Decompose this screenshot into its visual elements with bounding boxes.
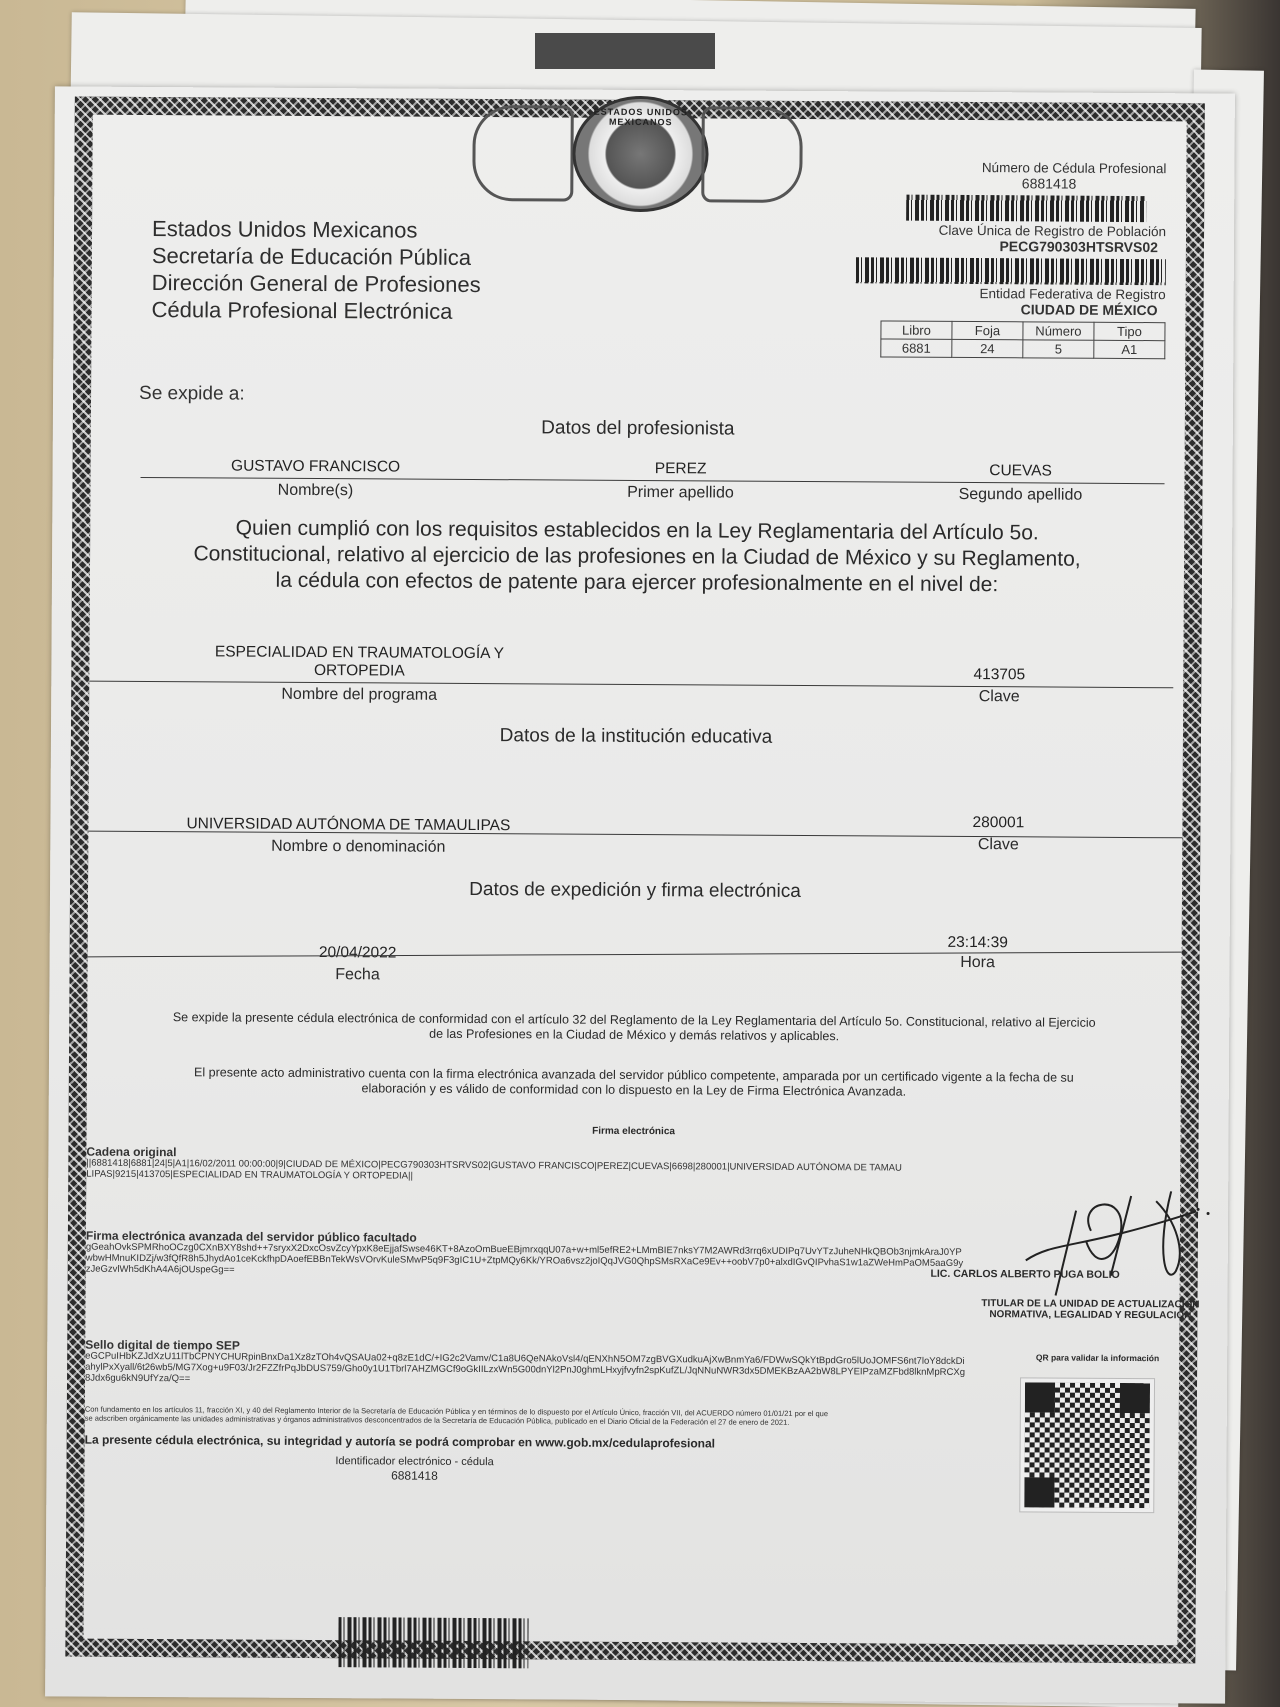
qr-label: QR para validar la información: [1036, 1352, 1159, 1363]
hora-label: Hora: [918, 954, 1038, 973]
programa-nombre-label: Nombre del programa: [239, 686, 479, 705]
redaction-block: [535, 33, 715, 69]
id-value: 6881418: [284, 1468, 544, 1485]
hora-value: 23:14:39: [908, 934, 1048, 953]
header-line: Estados Unidos Mexicanos: [152, 215, 481, 244]
cedula-number: 6881418: [836, 174, 1076, 191]
ornament-scroll-right: [701, 106, 803, 203]
entidad-value: CIUDAD DE MÉXICO: [836, 300, 1158, 318]
firma-avanzada: Firma electrónica avanzada del servidor …: [86, 1231, 966, 1280]
institucion-nombre-label: Nombre o denominación: [218, 837, 498, 857]
national-emblem-band: ESTADOS UNIDOS MEXICANOS: [472, 95, 803, 207]
registry-table-header: Libro Foja Número Tipo: [881, 321, 1165, 341]
segundo-apellido-label: Segundo apellido: [920, 486, 1120, 505]
segundo-apellido-value: CUEVAS: [941, 462, 1101, 481]
programa-clave-value: 413705: [939, 666, 1059, 685]
signer-title: TITULAR DE LA UNIDAD DE ACTUALIZACIÓN NO…: [981, 1298, 1199, 1321]
verify-link[interactable]: La presente cédula electrónica, su integ…: [85, 1433, 785, 1452]
registry-table-row: 6881 24 5 A1: [881, 339, 1165, 359]
legal-paragraph-2: El presente acto administrativo cuenta c…: [87, 1065, 1181, 1102]
nombre-value: GUSTAVO FRANCISCO: [201, 457, 431, 476]
primer-apellido-label: Primer apellido: [580, 484, 780, 503]
firma-electronica-title: Firma electrónica: [87, 1121, 1181, 1143]
programa-nombre-line2: ORTOPEDIA: [179, 661, 539, 681]
cedula-barcode: [906, 195, 1146, 222]
cadena-original: Cadena original ||6881418|6881|24|5|A1|1…: [86, 1147, 906, 1185]
programa-clave-label: Clave: [939, 688, 1059, 707]
statement-line: la cédula con efectos de patente para ej…: [90, 567, 1184, 599]
national-emblem-icon: ESTADOS UNIDOS MEXICANOS: [572, 96, 709, 213]
section-title-institucion: Datos de la institución educativa: [89, 723, 1183, 752]
signer-name: LIC. CARLOS ALBERTO PUGA BOLIO: [930, 1268, 1119, 1281]
fecha-label: Fecha: [297, 966, 417, 985]
fecha-value: 20/04/2022: [278, 944, 438, 963]
nombre-label: Nombre(s): [200, 481, 430, 500]
issuer-header: Estados Unidos Mexicanos Secretaría de E…: [151, 215, 481, 325]
header-line: Secretaría de Educación Pública: [152, 242, 481, 271]
institucion-clave-label: Clave: [938, 836, 1058, 855]
header-line: Dirección General de Profesiones: [152, 269, 481, 298]
section-title-profesionista: Datos del profesionista: [91, 415, 1185, 444]
sello-digital: Sello digital de tiempo SEP eGCPuIHbKZJd…: [85, 1340, 965, 1389]
programa-nombre-line1: ESPECIALIDAD EN TRAUMATOLOGÍA Y: [179, 643, 539, 663]
cedula-document: ESTADOS UNIDOS MEXICANOS Estados Unidos …: [45, 86, 1235, 1703]
registry-panel: Número de Cédula Profesional 6881418 Cla…: [835, 159, 1166, 359]
ornament-scroll-left: [472, 105, 574, 202]
section-title-expedicion: Datos de expedición y firma electrónica: [88, 877, 1182, 906]
curp-barcode: [856, 257, 1166, 285]
handwritten-signature: [1016, 1190, 1217, 1301]
header-line: Cédula Profesional Electrónica: [151, 296, 480, 325]
qr-code[interactable]: [1020, 1378, 1154, 1512]
primer-apellido-value: PEREZ: [601, 460, 761, 479]
fundamento-legal: Con fundamento en los artículos 11, frac…: [85, 1405, 965, 1428]
id-barcode: [338, 1617, 528, 1668]
legal-paragraph-1: Se expide la presente cédula electrónica…: [87, 1010, 1181, 1047]
se-expide-label: Se expide a:: [139, 383, 245, 406]
institucion-clave-value: 280001: [938, 814, 1058, 833]
registry-table: Libro Foja Número Tipo 6881 24 5 A1: [880, 320, 1165, 359]
curp-value: PECG790303HTSRVS02: [836, 237, 1158, 255]
